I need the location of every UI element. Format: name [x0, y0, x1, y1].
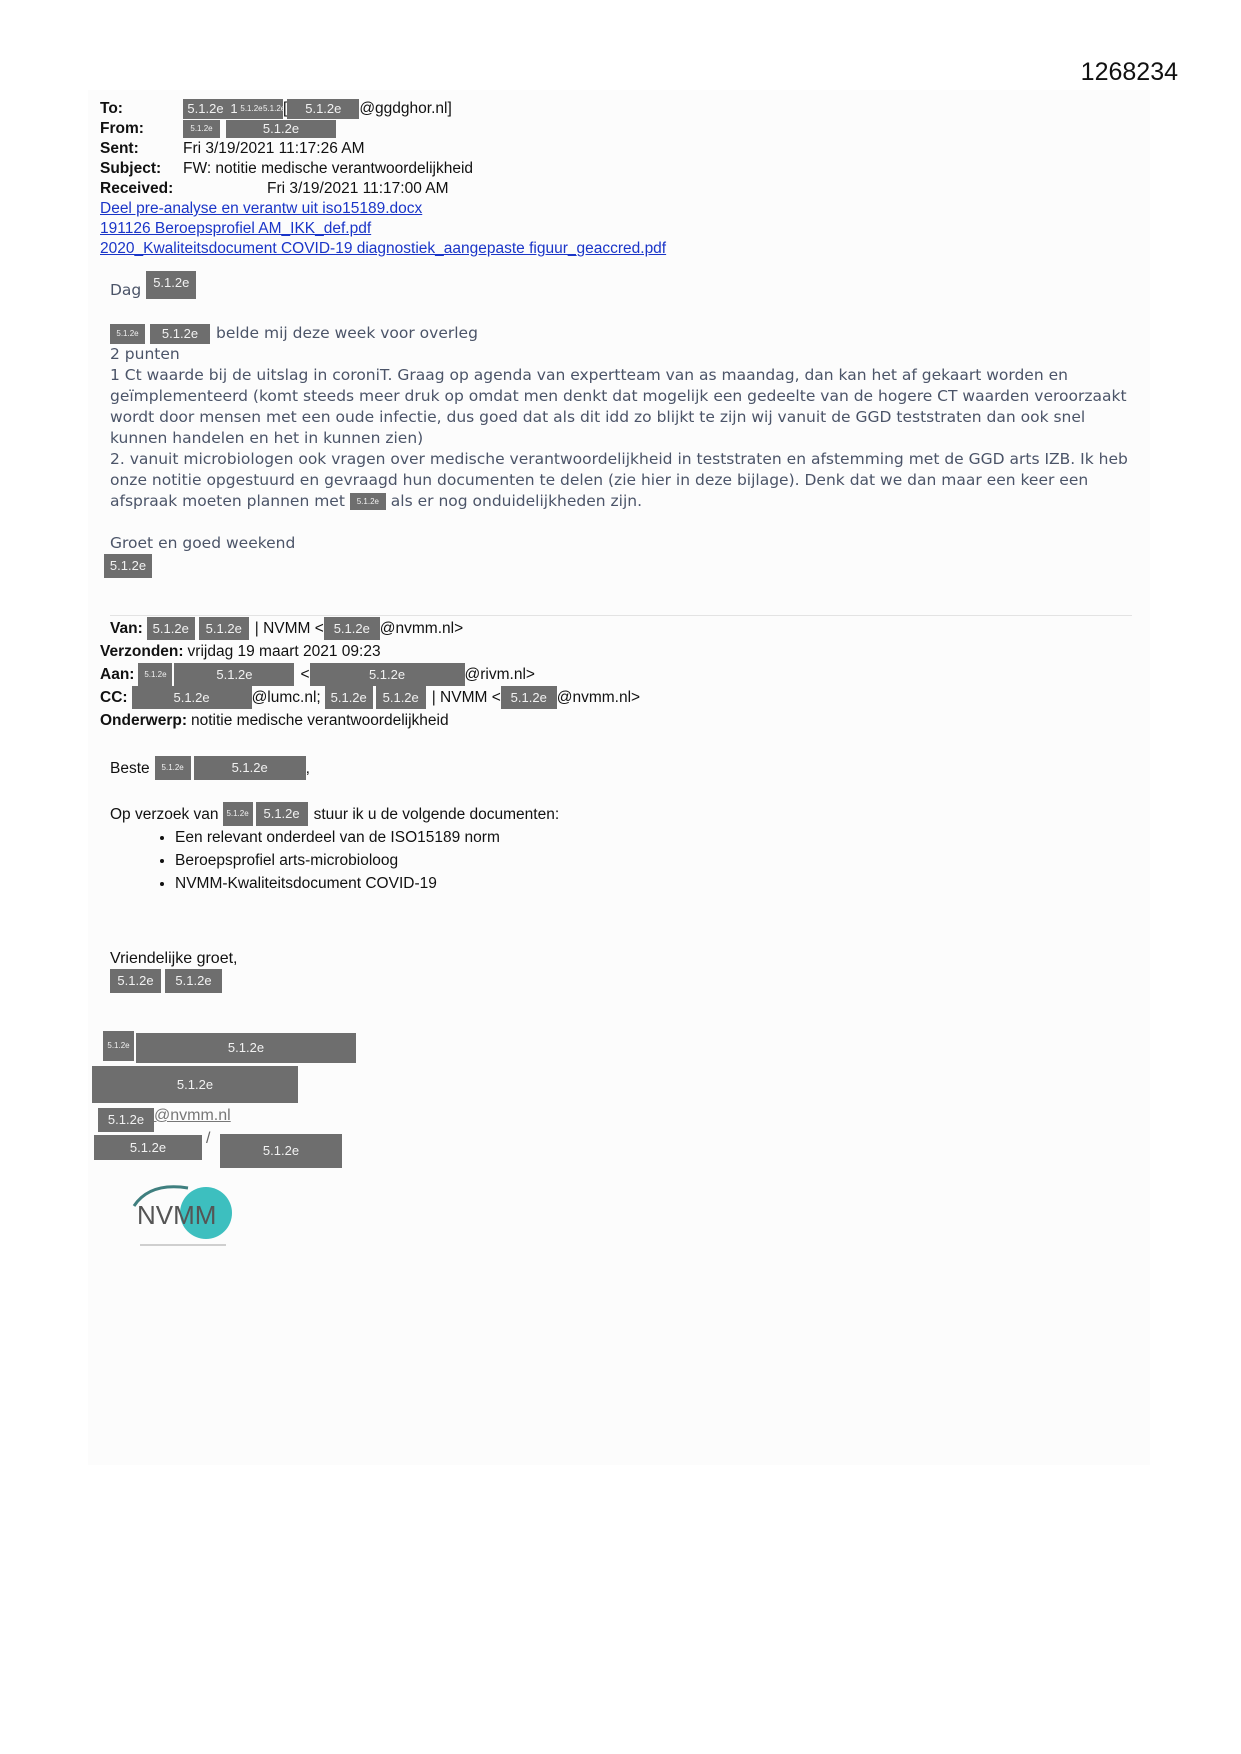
redaction-to-prefix: 1 [228, 99, 240, 119]
redaction: 5.1.2e [350, 493, 386, 510]
redaction: 5.1.2e [325, 686, 373, 709]
redaction: 5.1.2e [103, 1031, 134, 1061]
redaction: 5.1.2e [194, 756, 306, 780]
redaction: 5.1.2e [146, 271, 196, 299]
van-domain: @nvmm.nl> [380, 617, 463, 640]
redaction: 5.1.2e [376, 686, 426, 709]
greeting-comma: , [306, 757, 310, 780]
message-body: Dag 5.1.2e 5.1.2e 5.1.2e belde mij deze … [110, 275, 1130, 578]
closing: Groet en goed weekend [110, 533, 1130, 554]
divider [110, 615, 1132, 616]
redaction: 5.1.2e [240, 99, 263, 119]
email-header: To: 5.1.2e 1 5.1.2e 5.1.2e [ 5.1.2e @ggd… [100, 99, 473, 199]
svg-text:NVMM: NVMM [137, 1200, 216, 1230]
cc-org: | NVMM < [432, 686, 501, 709]
aan-lt: < [300, 663, 309, 686]
document-item: Beroepsprofiel arts-microbioloog [175, 849, 559, 872]
to-row: To: 5.1.2e 1 5.1.2e 5.1.2e [ 5.1.2e @ggd… [100, 99, 473, 119]
redaction: 5.1.2e [98, 1108, 154, 1132]
to-label: To: [100, 99, 183, 119]
aan-domain: @rivm.nl> [465, 663, 535, 686]
redaction: 5.1.2e [92, 1066, 298, 1103]
document-number: 1268234 [1081, 58, 1178, 87]
subject-row: Subject: FW: notitie medische verantwoor… [100, 159, 473, 179]
van-label: Van: [110, 617, 143, 640]
forwarded-body: Beste 5.1.2e 5.1.2e , Op verzoek van 5.1… [110, 756, 559, 895]
redaction: 5.1.2e [324, 617, 380, 640]
cc-domain-1: @lumc.nl; [252, 686, 321, 709]
greeting-row: Beste 5.1.2e 5.1.2e , [110, 756, 559, 780]
intro-text: belde mij deze week voor overleg [216, 323, 478, 344]
greeting: Dag [110, 280, 141, 301]
redaction: 5.1.2e [94, 1135, 202, 1160]
documents-list: Een relevant onderdeel van de ISO15189 n… [110, 826, 559, 895]
from-row: From: 5.1.2e 5.1.2e [100, 119, 473, 139]
redaction: 5.1.2e [199, 617, 249, 640]
point-2-text-end: als er nog onduidelijkheden zijn. [391, 492, 642, 510]
redaction: 5.1.2e [150, 324, 210, 344]
to-domain: @ggdghor.nl] [359, 99, 451, 119]
request-prefix: Op verzoek van [110, 803, 219, 826]
onderwerp-label: Onderwerp: [100, 709, 187, 732]
cc-label: CC: [100, 686, 128, 709]
van-row: Van: 5.1.2e 5.1.2e | NVMM < 5.1.2e @nvmm… [100, 617, 640, 640]
sent-label: Sent: [100, 139, 183, 159]
redaction: 5.1.2e [155, 756, 191, 780]
verzonden-value: vrijdag 19 maart 2021 09:23 [188, 640, 381, 663]
redaction: 5.1.2e [110, 324, 145, 344]
attachments-list: Deel pre-analyse en verantw uit iso15189… [100, 199, 666, 259]
nvmm-logo-graphic: NVMM [130, 1180, 240, 1255]
redaction: 5.1.2e [136, 1033, 356, 1063]
redaction: 5.1.2e [147, 617, 195, 640]
verzonden-label: Verzonden: [100, 640, 184, 663]
redaction: 5.1.2e [183, 120, 220, 138]
redaction: 5.1.2e [165, 969, 222, 993]
subject-label: Subject: [100, 159, 183, 179]
email-link[interactable]: @nvmm.nl [154, 1107, 231, 1125]
van-org: | NVMM < [255, 617, 324, 640]
onderwerp-row: Onderwerp: notitie medische verantwoorde… [100, 709, 640, 732]
received-label: Received: [100, 179, 267, 199]
redaction: 5.1.2e [501, 686, 557, 709]
points-header: 2 punten [110, 344, 1130, 365]
subject-value: FW: notitie medische verantwoordelijkhei… [183, 159, 473, 179]
redaction: 5.1.2e [287, 99, 359, 119]
redaction: 5.1.2e [310, 663, 465, 686]
cc-row: CC: 5.1.2e @lumc.nl; 5.1.2e 5.1.2e | NVM… [100, 686, 640, 709]
redaction: 5.1.2e [226, 120, 336, 138]
aan-label: Aan: [100, 663, 134, 686]
redaction: 5.1.2e [183, 99, 228, 119]
received-row: Received: Fri 3/19/2021 11:17:00 AM [100, 179, 473, 199]
document-item: NVMM-Kwaliteitsdocument COVID-19 [175, 872, 559, 895]
received-value: Fri 3/19/2021 11:17:00 AM [267, 179, 449, 199]
attachment-link[interactable]: Deel pre-analyse en verantw uit iso15189… [100, 200, 422, 217]
redaction: 5.1.2e [263, 99, 283, 119]
sent-value: Fri 3/19/2021 11:17:26 AM [183, 139, 365, 159]
redaction: 5.1.2e [110, 969, 161, 993]
cc-domain-2: @nvmm.nl> [557, 686, 640, 709]
redaction: 5.1.2e [256, 802, 308, 826]
redaction: 5.1.2e [104, 554, 152, 578]
nvmm-logo: NVMM [130, 1180, 240, 1255]
greeting: Beste [110, 757, 150, 780]
aan-row: Aan: 5.1.2e 5.1.2e < 5.1.2e @rivm.nl> [100, 663, 640, 686]
onderwerp-value: notitie medische verantwoordelijkheid [191, 709, 449, 732]
forwarded-header: Van: 5.1.2e 5.1.2e | NVMM < 5.1.2e @nvmm… [100, 617, 640, 732]
document-item: Een relevant onderdeel van de ISO15189 n… [175, 826, 559, 849]
request-suffix: stuur ik u de volgende documenten: [314, 803, 560, 826]
slash-separator: / [206, 1130, 210, 1148]
redaction: 5.1.2e [174, 663, 294, 686]
redaction: 5.1.2e [223, 802, 253, 826]
from-label: From: [100, 119, 183, 139]
request-row: Op verzoek van 5.1.2e 5.1.2e stuur ik u … [110, 802, 559, 826]
attachment-link[interactable]: 191126 Beroepsprofiel AM_IKK_def.pdf [100, 220, 371, 237]
point-2: 2. vanuit microbiologen ook vragen over … [110, 449, 1130, 512]
attachment-link[interactable]: 2020_Kwaliteitsdocument COVID-19 diagnos… [100, 240, 666, 257]
redaction: 5.1.2e [220, 1134, 342, 1168]
sent-row: Sent: Fri 3/19/2021 11:17:26 AM [100, 139, 473, 159]
redaction: 5.1.2e [132, 686, 252, 709]
point-1: 1 Ct waarde bij de uitslag in coroniT. G… [110, 365, 1130, 449]
verzonden-row: Verzonden: vrijdag 19 maart 2021 09:23 [100, 640, 640, 663]
closing: Vriendelijke groet, [110, 950, 237, 968]
redaction: 5.1.2e [138, 663, 172, 686]
